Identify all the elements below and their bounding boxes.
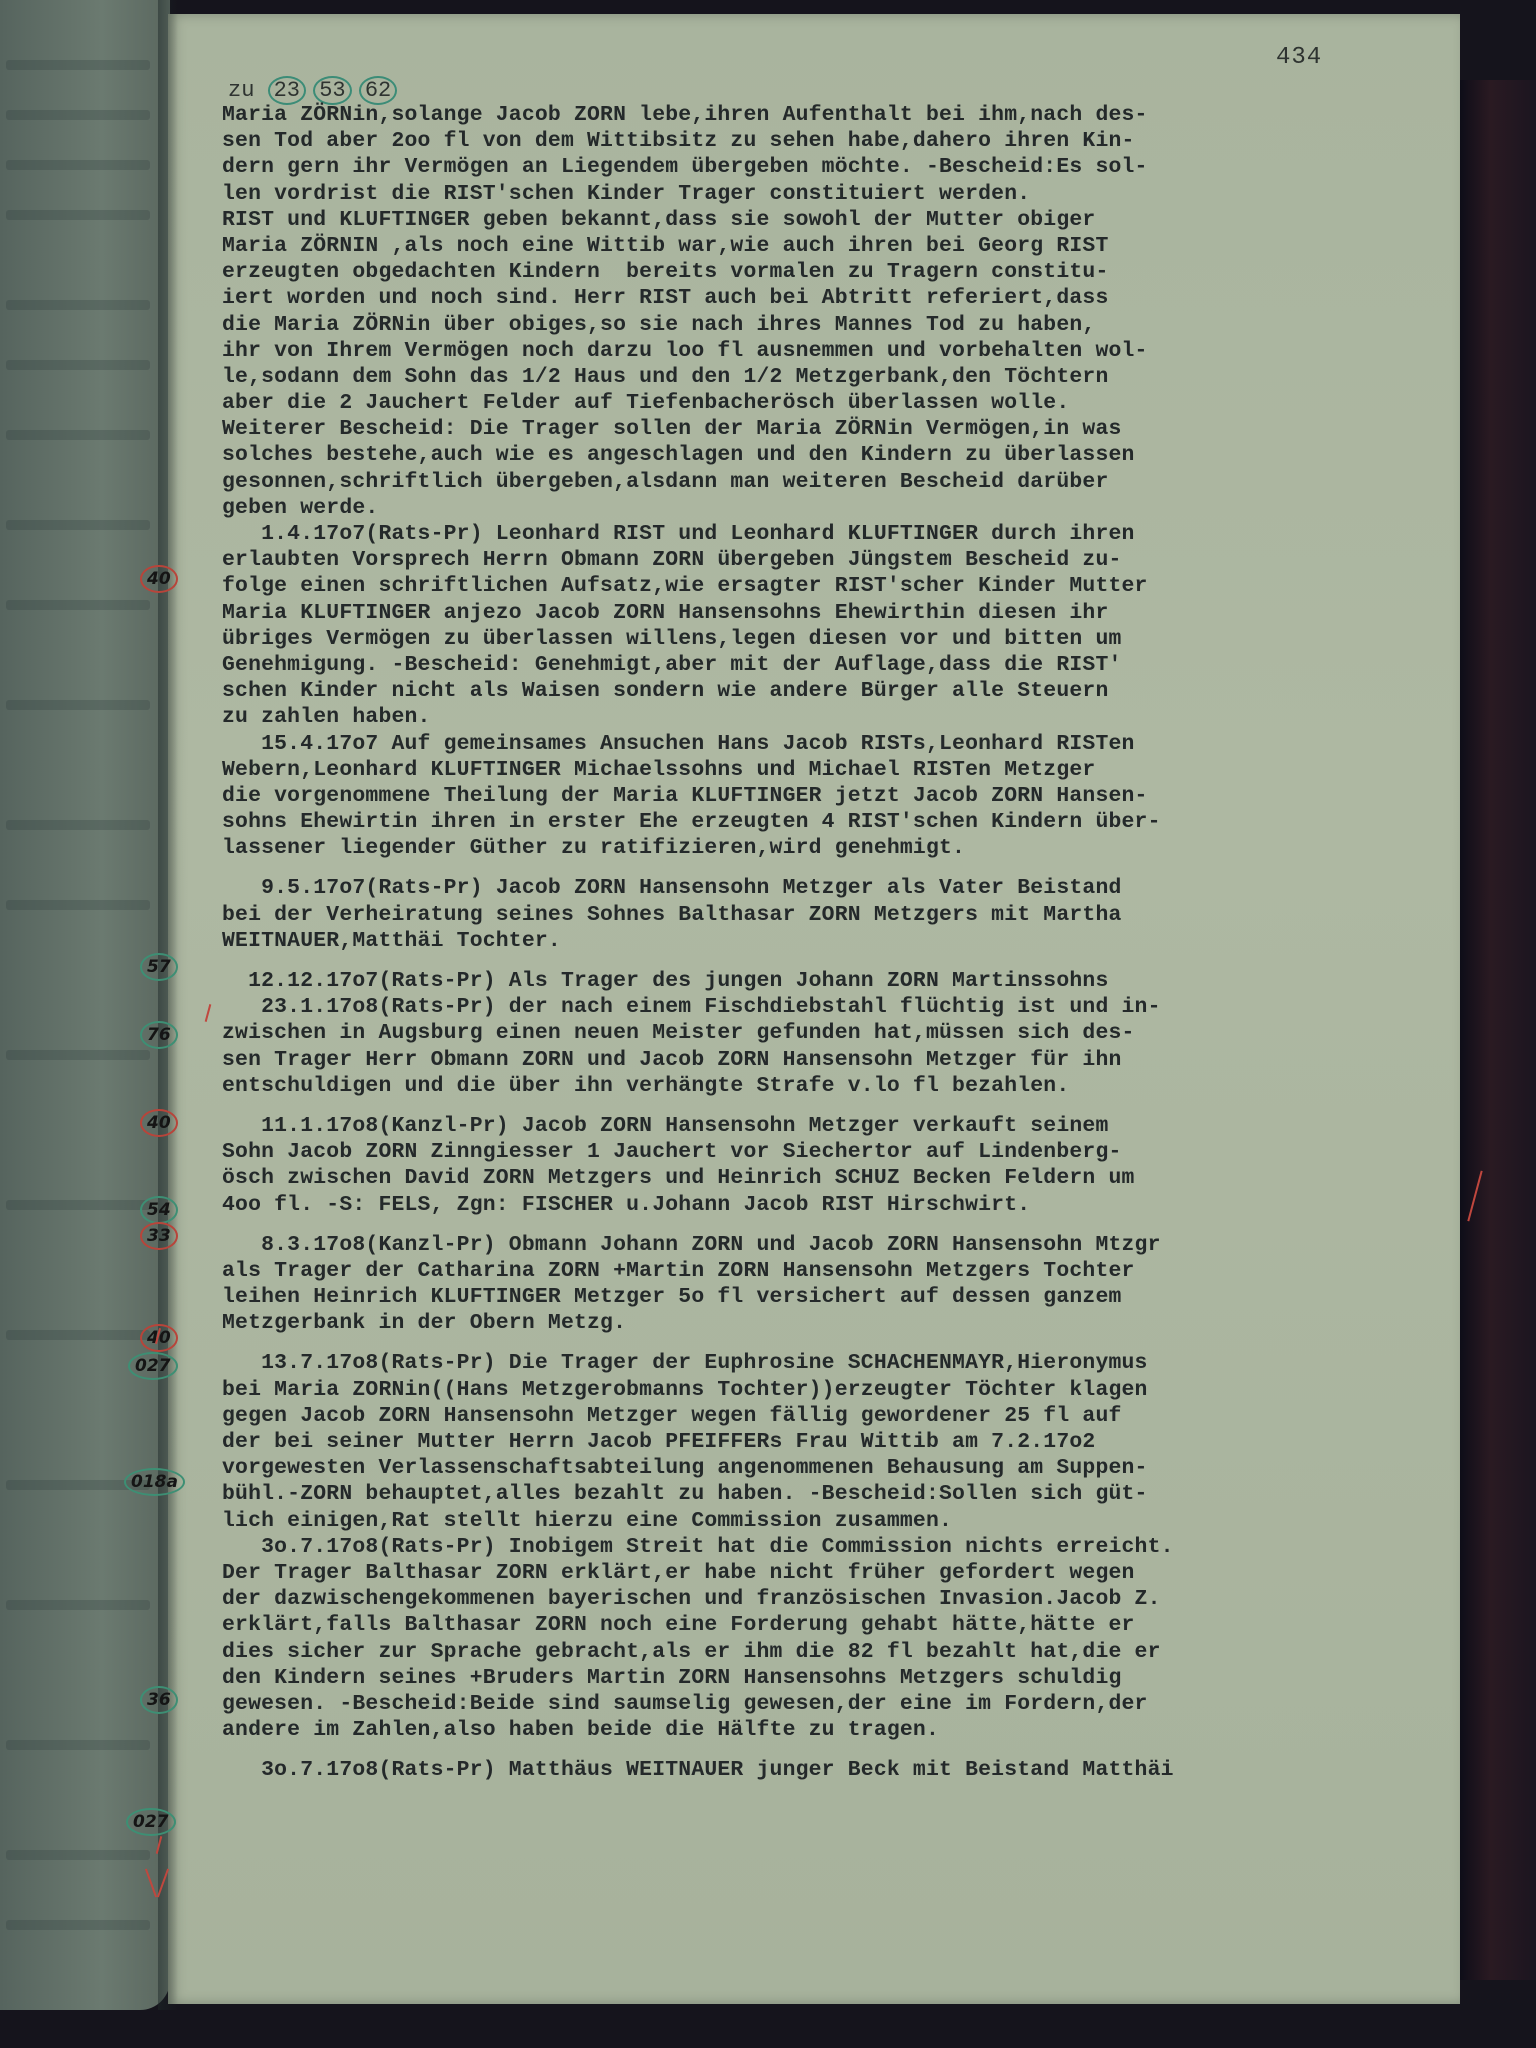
- text-line: Maria ZÖRNin,solange Jacob ZORN lebe,ihr…: [222, 102, 1452, 128]
- margin-mark: 027: [128, 1352, 178, 1380]
- text-line: entschuldigen und die über ihn verhängte…: [222, 1073, 1452, 1099]
- text-line: 15.4.17o7 Auf gemeinsames Ansuchen Hans …: [222, 731, 1452, 757]
- text-line: andere im Zahlen,also haben beide die Hä…: [222, 1717, 1452, 1743]
- text-line: sohns Ehewirtin ihren in erster Ehe erze…: [222, 809, 1452, 835]
- text-line: erzeugten obgedachten Kindern bereits vo…: [222, 259, 1452, 285]
- text-line: vorgewesten Verlassenschaftsabteilung an…: [222, 1455, 1452, 1481]
- margin-mark: 018a: [124, 1468, 185, 1496]
- text-line: 11.1.17o8(Kanzl-Pr) Jacob ZORN Hansensoh…: [222, 1113, 1452, 1139]
- paragraph-gap: [222, 1099, 1452, 1113]
- book-edge: [1460, 80, 1536, 1980]
- text-line: 13.7.17o8(Rats-Pr) Die Trager der Euphro…: [222, 1350, 1452, 1376]
- typed-text-body: Maria ZÖRNin,solange Jacob ZORN lebe,ihr…: [222, 102, 1452, 1783]
- text-line: bei der Verheiratung seines Sohnes Balth…: [222, 902, 1452, 928]
- paragraph-gap: [222, 1336, 1452, 1350]
- text-line: gewesen. -Bescheid:Beide sind saumselig …: [222, 1691, 1452, 1717]
- text-line: RIST und KLUFTINGER geben bekannt,dass s…: [222, 207, 1452, 233]
- paragraph-gap: [222, 1218, 1452, 1232]
- text-line: als Trager der Catharina ZORN +Martin ZO…: [222, 1258, 1452, 1284]
- text-line: ihr von Ihrem Vermögen noch darzu loo fl…: [222, 338, 1452, 364]
- text-line: der dazwischengekommenen bayerischen und…: [222, 1586, 1452, 1612]
- text-line: geben werde.: [222, 495, 1452, 521]
- margin-mark: 57: [140, 953, 178, 981]
- text-line: 3o.7.17o8(Rats-Pr) Matthäus WEITNAUER ju…: [222, 1757, 1452, 1783]
- text-line: iert worden und noch sind. Herr RIST auc…: [222, 285, 1452, 311]
- text-line: gegen Jacob ZORN Hansensohn Metzger wege…: [222, 1403, 1452, 1429]
- text-line: zu zahlen haben.: [222, 704, 1452, 730]
- text-line: len vordrist die RIST'schen Kinder Trage…: [222, 181, 1452, 207]
- text-line: aber die 2 Jauchert Felder auf Tiefenbac…: [222, 390, 1452, 416]
- text-line: leihen Heinrich KLUFTINGER Metzger 5o fl…: [222, 1284, 1452, 1310]
- paragraph-gap: [222, 954, 1452, 968]
- text-line: folge einen schriftlichen Aufsatz,wie er…: [222, 573, 1452, 599]
- text-line: Der Trager Balthasar ZORN erklärt,er hab…: [222, 1560, 1452, 1586]
- text-line: WEITNAUER,Matthäi Tochter.: [222, 928, 1452, 954]
- text-line: sen Trager Herr Obmann ZORN und Jacob ZO…: [222, 1047, 1452, 1073]
- text-line: bei Maria ZORNin((Hans Metzgerobmanns To…: [222, 1377, 1452, 1403]
- reference-number: 53: [313, 76, 351, 105]
- paragraph-gap: [222, 1743, 1452, 1757]
- cross-reference: zu 23 53 62: [228, 76, 391, 105]
- margin-mark: 40: [140, 1109, 178, 1137]
- margin-mark: 76: [140, 1021, 178, 1049]
- margin-mark: 33: [140, 1222, 178, 1250]
- text-line: lassener liegender Güther zu ratifiziere…: [222, 835, 1452, 861]
- text-line: Metzgerbank in der Obern Metzg.: [222, 1310, 1452, 1336]
- text-line: Weiterer Bescheid: Die Trager sollen der…: [222, 416, 1452, 442]
- text-line: 4oo fl. -S: FELS, Zgn: FISCHER u.Johann …: [222, 1192, 1452, 1218]
- text-line: Maria ZÖRNIN ,als noch eine Wittib war,w…: [222, 233, 1452, 259]
- text-line: Webern,Leonhard KLUFTINGER Michaelssohns…: [222, 757, 1452, 783]
- text-line: 8.3.17o8(Kanzl-Pr) Obmann Johann ZORN un…: [222, 1232, 1452, 1258]
- text-line: bühl.-ZORN behauptet,alles bezahlt zu ha…: [222, 1481, 1452, 1507]
- text-line: le,sodann dem Sohn das 1/2 Haus und den …: [222, 364, 1452, 390]
- text-line: zwischen in Augsburg einen neuen Meister…: [222, 1020, 1452, 1046]
- text-line: die vorgenommene Theilung der Maria KLUF…: [222, 783, 1452, 809]
- text-line: den Kindern seines +Bruders Martin ZORN …: [222, 1665, 1452, 1691]
- text-line: sen Tod aber 2oo fl von dem Wittibsitz z…: [222, 128, 1452, 154]
- margin-mark: 54: [140, 1196, 178, 1224]
- text-line: 12.12.17o7(Rats-Pr) Als Trager des junge…: [222, 968, 1452, 994]
- margin-mark: 40: [140, 565, 178, 593]
- text-line: dies sicher zur Sprache gebracht,als er …: [222, 1639, 1452, 1665]
- reference-number: 62: [359, 76, 397, 105]
- text-line: gesonnen,schriftlich übergeben,alsdann m…: [222, 469, 1452, 495]
- text-line: die Maria ZÖRNin über obiges,so sie nach…: [222, 312, 1452, 338]
- page-number: 434: [1276, 44, 1322, 71]
- paragraph-gap: [222, 861, 1452, 875]
- text-line: erlaubten Vorsprech Herrn Obmann ZORN üb…: [222, 547, 1452, 573]
- text-line: erklärt,falls Balthasar ZORN noch eine F…: [222, 1612, 1452, 1638]
- text-line: 23.1.17o8(Rats-Pr) der nach einem Fischd…: [222, 994, 1452, 1020]
- text-line: übriges Vermögen zu überlassen willens,l…: [222, 626, 1452, 652]
- text-line: lich einigen,Rat stellt hierzu eine Comm…: [222, 1508, 1452, 1534]
- text-line: Maria KLUFTINGER anjezo Jacob ZORN Hanse…: [222, 600, 1452, 626]
- text-line: 9.5.17o7(Rats-Pr) Jacob ZORN Hansensohn …: [222, 875, 1452, 901]
- text-line: der bei seiner Mutter Herrn Jacob PFEIFF…: [222, 1429, 1452, 1455]
- reference-prefix: zu: [228, 78, 254, 103]
- text-line: Sohn Jacob ZORN Zinngiesser 1 Jauchert v…: [222, 1139, 1452, 1165]
- text-line: 1.4.17o7(Rats-Pr) Leonhard RIST und Leon…: [222, 521, 1452, 547]
- text-line: schen Kinder nicht als Waisen sondern wi…: [222, 678, 1452, 704]
- margin-mark: 36: [140, 1686, 178, 1714]
- margin-mark: 027: [126, 1808, 176, 1836]
- text-line: 3o.7.17o8(Rats-Pr) Inobigem Streit hat d…: [222, 1534, 1452, 1560]
- text-line: solches bestehe,auch wie es angeschlagen…: [222, 442, 1452, 468]
- document-page: 434 zu 23 53 62 Maria ZÖRNin,solange Jac…: [168, 14, 1460, 2004]
- text-line: ösch zwischen David ZORN Metzgers und He…: [222, 1165, 1452, 1191]
- text-line: Genehmigung. -Bescheid: Genehmigt,aber m…: [222, 652, 1452, 678]
- reference-number: 23: [268, 76, 306, 105]
- text-line: dern gern ihr Vermögen an Liegendem über…: [222, 154, 1452, 180]
